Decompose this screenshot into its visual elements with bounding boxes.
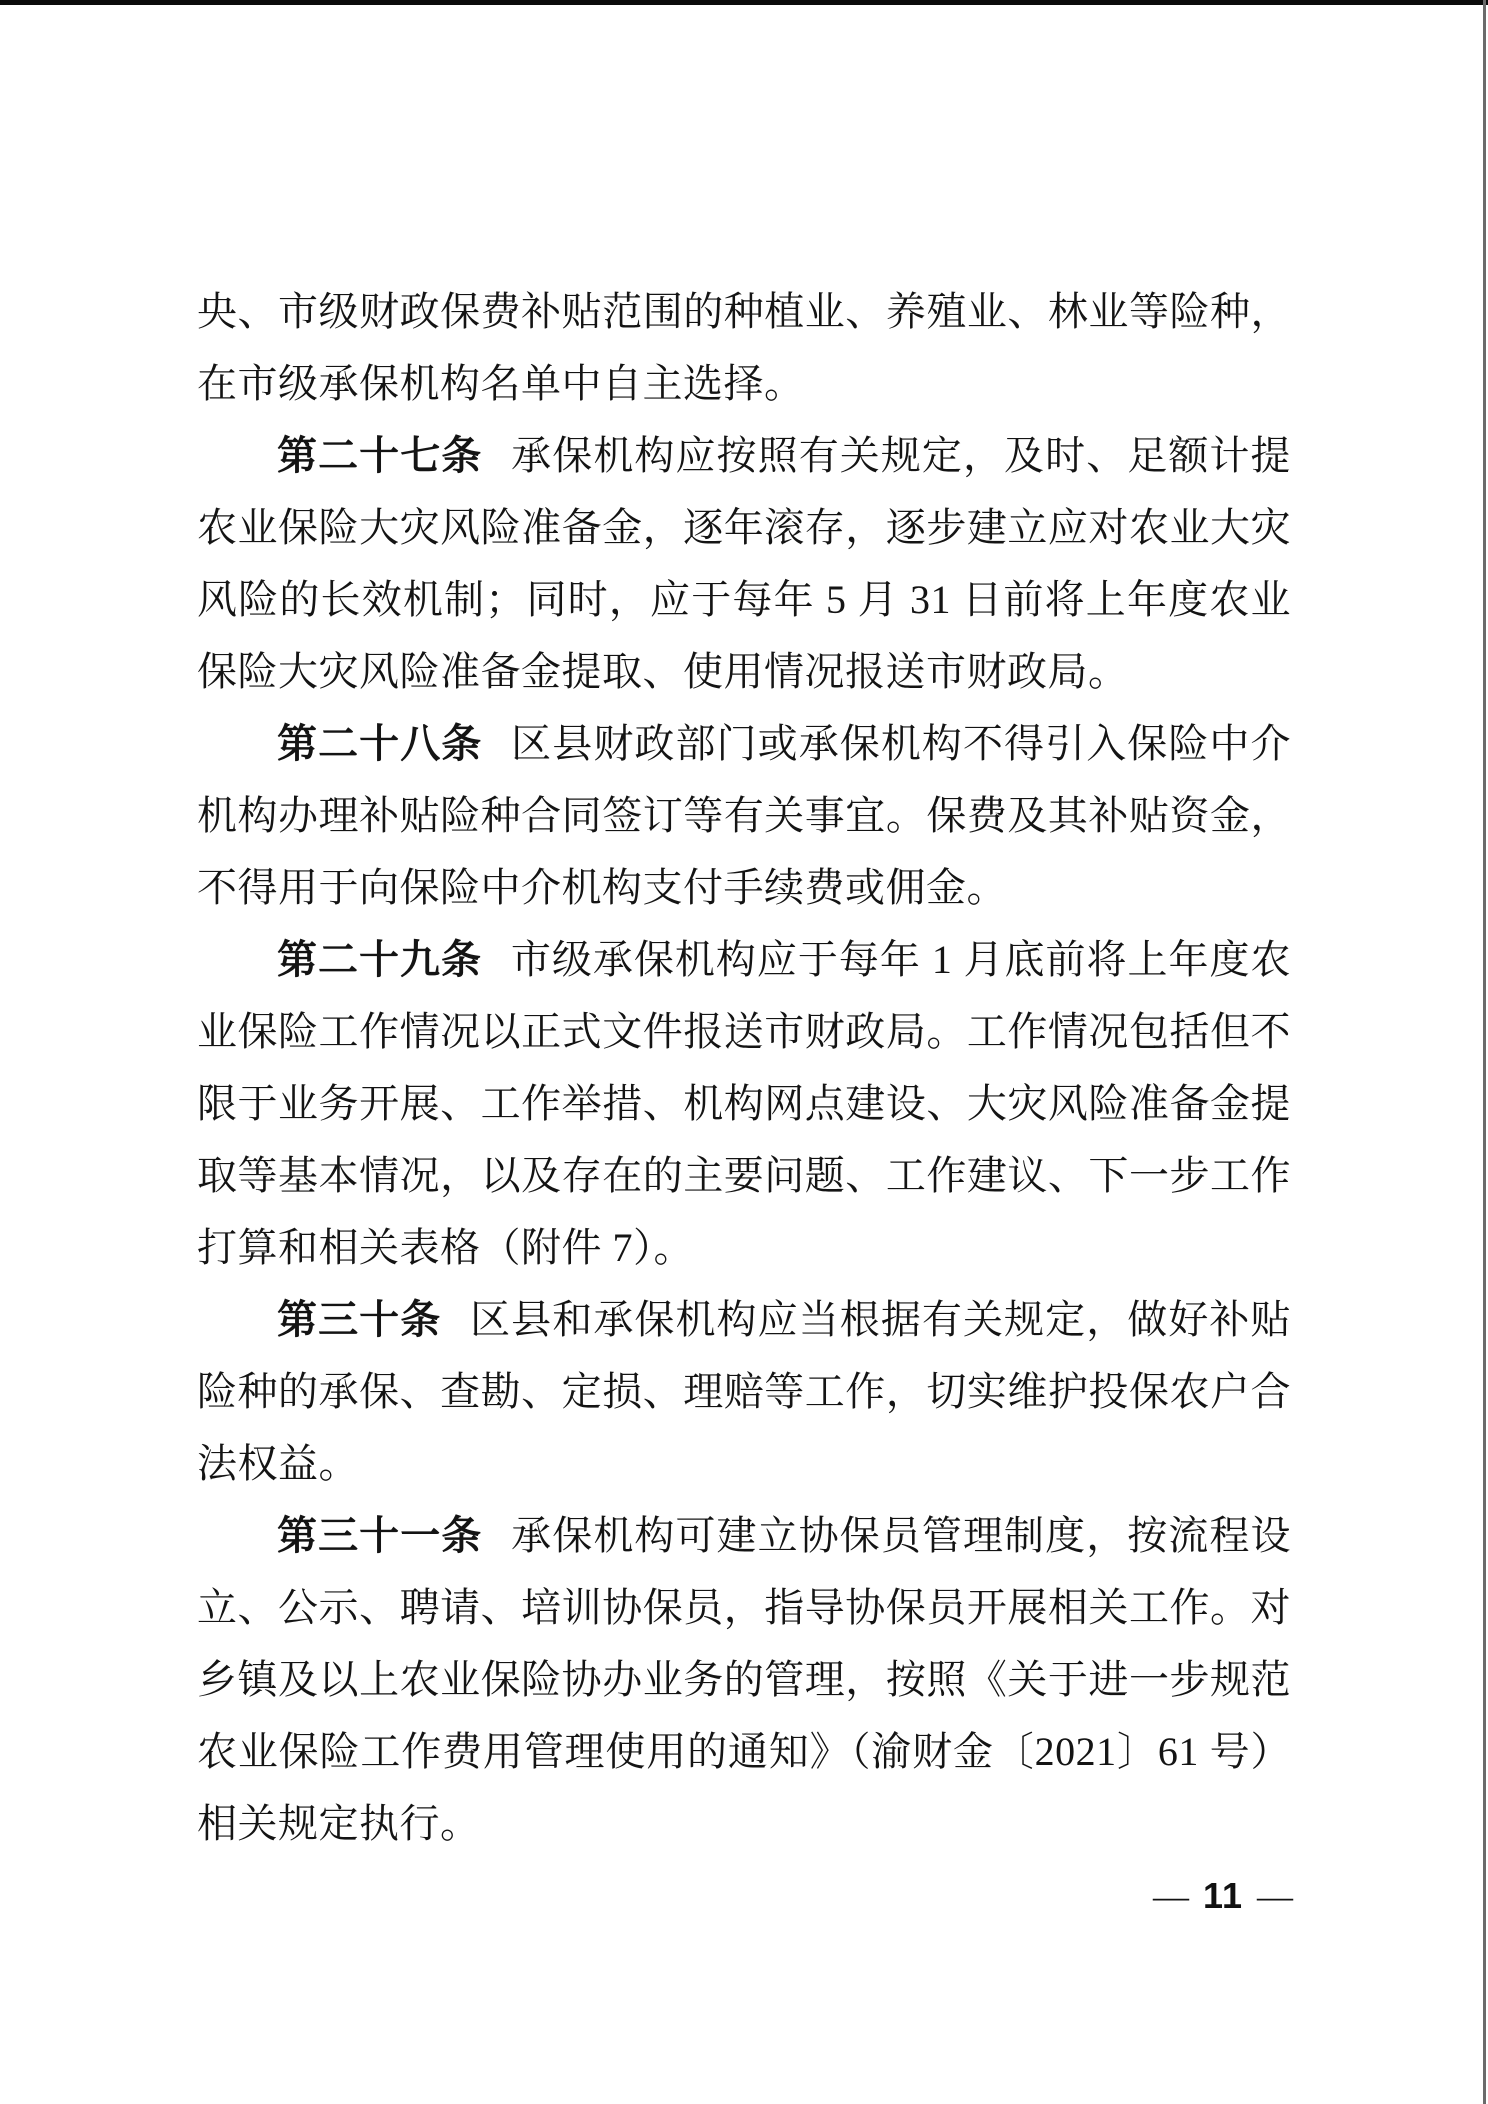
scan-top-edge-artifact	[0, 0, 1488, 5]
paragraph-continuation-text: 央、市级财政保费补贴范围的种植业、养殖业、林业等险种，在市级承保机构名单中自主选…	[197, 289, 1291, 406]
paragraph-article-30: 第三十条区县和承保机构应当根据有关规定，做好补贴险种的承保、查勘、定损、理赔等工…	[197, 1284, 1291, 1500]
article-31-text: 承保机构可建立协保员管理制度，按流程设立、公示、聘请、培训协保员，指导协保员开展…	[197, 1513, 1291, 1846]
article-27-number: 第二十七条	[277, 434, 482, 478]
paragraph-article-28: 第二十八条区县财政部门或承保机构不得引入保险中介机构办理补贴险种合同签订等有关事…	[197, 708, 1291, 924]
article-28-number: 第二十八条	[277, 722, 482, 766]
paragraph-article-31: 第三十一条承保机构可建立协保员管理制度，按流程设立、公示、聘请、培训协保员，指导…	[197, 1500, 1291, 1860]
article-31-number: 第三十一条	[277, 1514, 482, 1558]
page-number: —11—	[1153, 1874, 1293, 1918]
page-number-value: 11	[1203, 1874, 1243, 1918]
page-number-dash-right: —	[1257, 1874, 1293, 1918]
paragraph-article-27: 第二十七条承保机构应按照有关规定，及时、足额计提农业保险大灾风险准备金，逐年滚存…	[197, 420, 1291, 708]
article-29-text: 市级承保机构应于每年 1 月底前将上年度农业保险工作情况以正式文件报送市财政局。…	[197, 937, 1291, 1270]
document-body: 央、市级财政保费补贴范围的种植业、养殖业、林业等险种，在市级承保机构名单中自主选…	[197, 276, 1291, 1860]
paragraph-continuation: 央、市级财政保费补贴范围的种植业、养殖业、林业等险种，在市级承保机构名单中自主选…	[197, 276, 1291, 420]
scan-right-edge-artifact	[1483, 0, 1486, 2104]
article-30-number: 第三十条	[277, 1298, 441, 1342]
paragraph-article-29: 第二十九条市级承保机构应于每年 1 月底前将上年度农业保险工作情况以正式文件报送…	[197, 924, 1291, 1284]
article-29-number: 第二十九条	[277, 938, 482, 982]
page-number-dash-left: —	[1153, 1874, 1189, 1918]
